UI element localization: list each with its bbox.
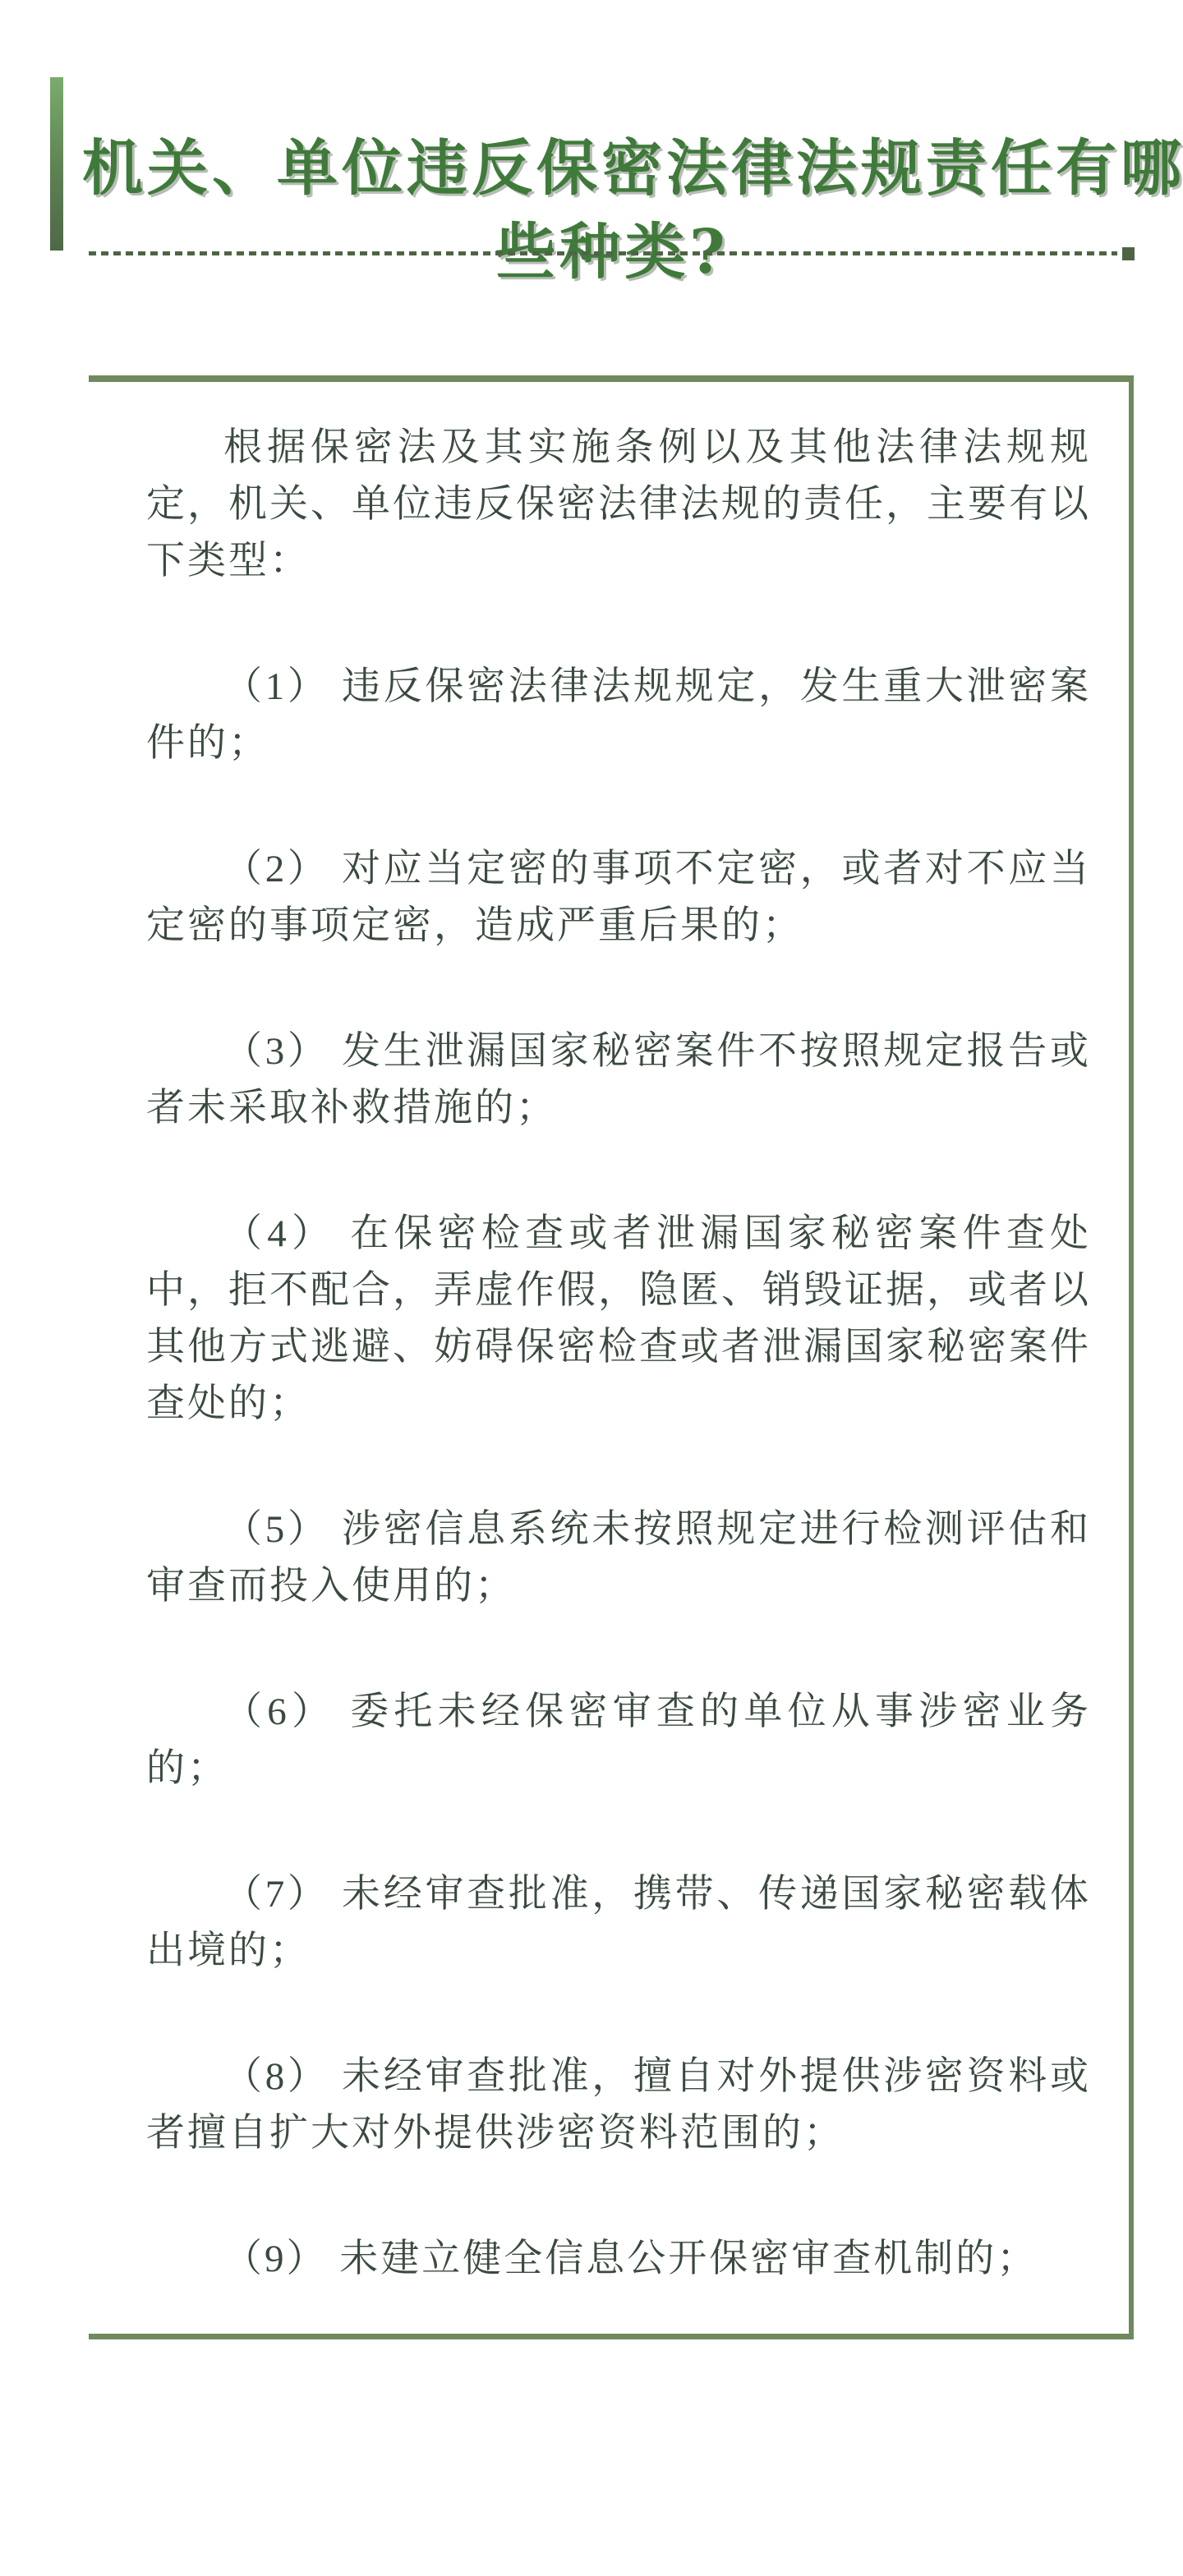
list-item-9: （9） 未建立健全信息公开保密审查机制的； <box>146 2231 1091 2288</box>
intro-paragraph: 根据保密法及其实施条例以及其他法律法规规定，机关、单位违反保密法律法规的责任，主… <box>146 420 1091 590</box>
title-accent-bar <box>50 77 63 251</box>
list-item-8: （8） 未经审查批准，擅自对外提供涉密资料或者擅自扩大对外提供涉密资料范围的； <box>146 2049 1091 2162</box>
list-item-4: （4） 在保密检查或者泄漏国家秘密案件查处中，拒不配合，弄虚作假，隐匿、销毁证据… <box>146 1206 1091 1433</box>
list-item-3: （3） 发生泄漏国家秘密案件不按照规定报告或者未采取补救措施的； <box>146 1023 1091 1137</box>
list-item-5: （5） 涉密信息系统未按照规定进行检测评估和审查而投入使用的； <box>146 1502 1091 1615</box>
list-item-1: （1） 违反保密法律法规规定，发生重大泄密案件的； <box>146 659 1091 772</box>
page-title-line-1: 机关、单位违反保密法律法规责任有哪 <box>82 126 1142 210</box>
content-box: 根据保密法及其实施条例以及其他法律法规规定，机关、单位违反保密法律法规的责任，主… <box>89 375 1134 2339</box>
list-item-2: （2） 对应当定密的事项不定密，或者对不应当定密的事项定密，造成严重后果的； <box>146 841 1091 954</box>
divider-end-square <box>1122 247 1135 260</box>
page-title: 机关、单位违反保密法律法规责任有哪 些种类? <box>82 126 1142 294</box>
list-item-6: （6） 委托未经保密审查的单位从事涉密业务的； <box>146 1684 1091 1797</box>
page: { "header": { "title_line1": "机关、单位违反保密法… <box>0 0 1183 2576</box>
dotted-divider <box>89 251 1117 255</box>
list-item-7: （7） 未经审查批准，携带、传递国家秘密载体出境的； <box>146 1866 1091 1980</box>
